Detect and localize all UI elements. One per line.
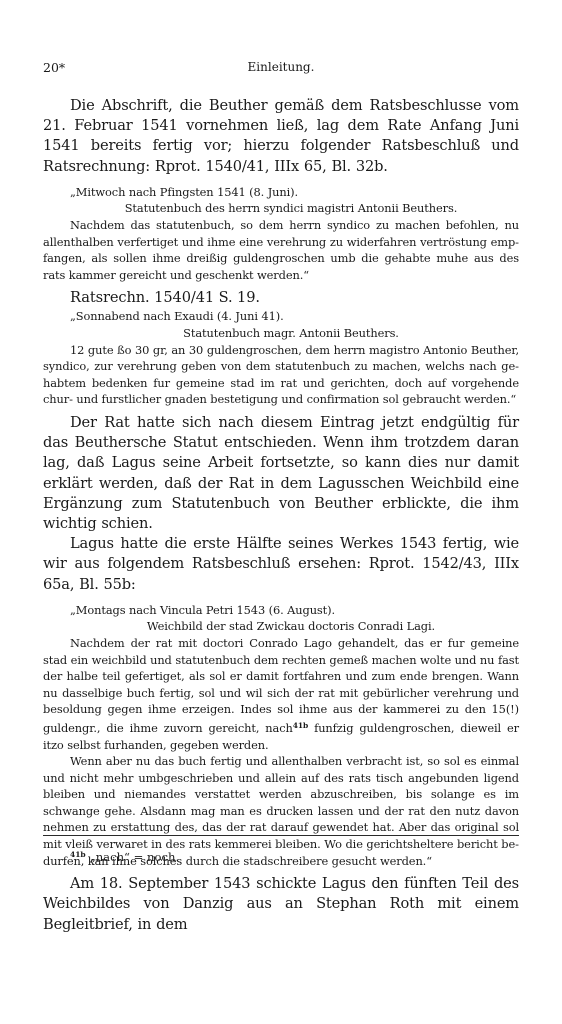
quote-text-2: 12 gute ßo 30 gr, an 30 guldengroschen, … <box>43 342 519 408</box>
footnote-mark: 41b <box>70 850 86 859</box>
quote-date-2: „Sonnabend nach Exaudi (4. Juni 41). <box>43 308 519 325</box>
running-head: 20* Einleitung. <box>43 60 519 76</box>
quote-title-2: Statutenbuch magr. Antonii Beuthers. <box>43 325 519 342</box>
quote-date-3: „Montags nach Vincula Petri 1543 (6. Aug… <box>43 602 519 619</box>
quote-text-3a: Nachdem der rat mit doctori Conrado Lago… <box>43 635 519 753</box>
footnote-41b: 41b„nach“ = noch. <box>70 848 179 864</box>
quote-text-1: Nachdem das statutenbuch, so dem herrn s… <box>43 217 519 283</box>
quote-title-1: Statutenbuch des herrn syndici magistri … <box>43 200 519 217</box>
quote-title-3: Weichbild der stad Zwickau doctoris Conr… <box>43 618 519 635</box>
body-text: Die Abschrift, die Beuther gemäß dem Rat… <box>43 96 519 935</box>
citation-ratsrechnung: Ratsrechn. 1540/41 S. 19. <box>70 288 519 308</box>
running-head-title: Einleitung. <box>43 60 519 74</box>
footnote-text: „nach“ = noch. <box>90 850 179 864</box>
paragraph-rat-entschieden: Der Rat hatte sich nach diesem Eintrag j… <box>43 413 519 534</box>
quote-date-1: „Mitwoch nach Pfingsten 1541 (8. Juni). <box>43 184 519 201</box>
paragraph-18-september: Am 18. September 1543 schickte Lagus den… <box>43 874 519 935</box>
footnote-divider <box>43 835 519 836</box>
paragraph-abschrift: Die Abschrift, die Beuther gemäß dem Rat… <box>43 96 519 177</box>
paragraph-lagus-haelfte: Lagus hatte die erste Hälfte seines Werk… <box>43 534 519 595</box>
footnote-reference[interactable]: 41b <box>293 721 308 730</box>
